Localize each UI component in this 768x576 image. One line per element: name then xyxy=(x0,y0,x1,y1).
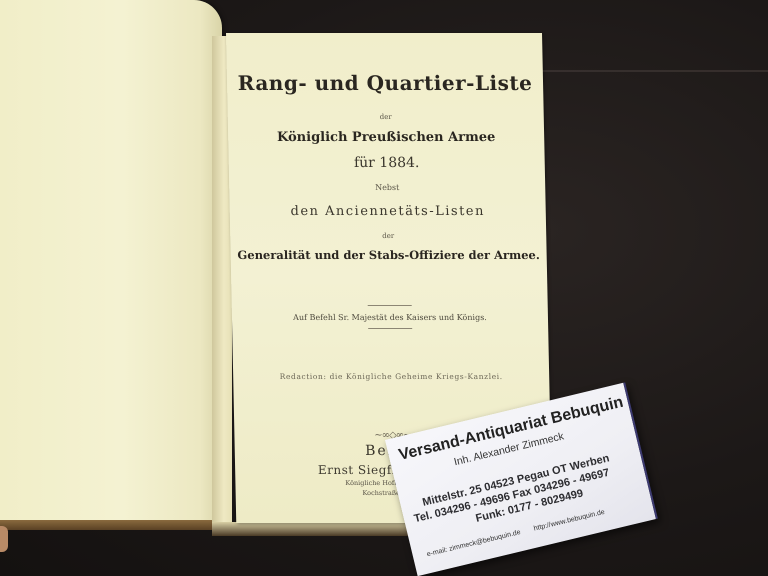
fabric-crease xyxy=(515,70,768,72)
book-cover-edge xyxy=(0,520,215,530)
divider-bottom xyxy=(368,328,412,329)
left-blank-page xyxy=(0,0,222,522)
divider-top xyxy=(368,305,412,306)
army-name: Königlich Preußischen Armee xyxy=(228,130,544,145)
book-title: Rang- und Quartier-Liste xyxy=(227,71,544,95)
page-block-edge xyxy=(212,522,432,536)
connector-der: der xyxy=(228,113,544,121)
anciennetaets-line: den Anciennetäts-Listen xyxy=(230,204,546,219)
year-line: für 1884. xyxy=(229,155,545,171)
card-email: e-mail: zimmeck@bebuquin.de xyxy=(426,529,521,558)
redaktion-line: Redaction: die Königliche Geheime Kriegs… xyxy=(233,372,549,381)
card-website: http://www.bebuquin.de xyxy=(533,509,605,533)
generalitaet-line: Generalität und der Stabs-Offiziere der … xyxy=(231,248,547,262)
connector-der-2: der xyxy=(230,232,546,240)
nebst-line: Nebst xyxy=(229,183,545,192)
befehl-line: Auf Befehl Sr. Majestät des Kaisers und … xyxy=(232,313,548,322)
finger xyxy=(0,526,8,552)
